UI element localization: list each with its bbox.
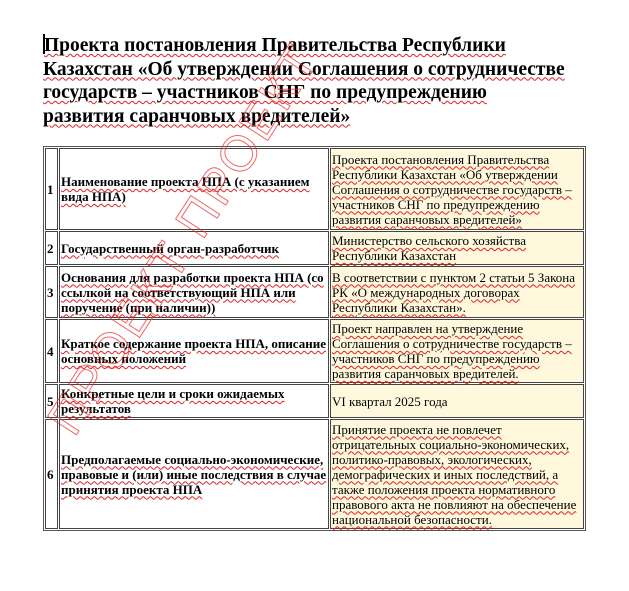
row-label[interactable]: Государственный орган-разработчик: [59, 231, 329, 265]
row-label[interactable]: Предполагаемые социально-экономические, …: [59, 419, 329, 529]
row-number: 3: [45, 266, 58, 318]
row-label[interactable]: Конкретные цели и сроки ожидаемых резуль…: [59, 384, 329, 418]
row-label-text: Государственный орган-разработчик: [61, 241, 279, 256]
row-label-text: Предполагаемые социально-экономические, …: [61, 452, 326, 497]
table-row: 4 Краткое содержание проекта НПА, описан…: [45, 319, 584, 383]
row-value[interactable]: В соответствии с пунктом 2 статьи 5 Зако…: [330, 266, 584, 318]
row-value-text: В соответствии с пунктом 2 статьи 5 Зако…: [332, 270, 575, 315]
row-label[interactable]: Наименование проекта НПА (с указанием ви…: [59, 148, 329, 230]
row-number: 2: [45, 231, 58, 265]
table-row: 3 Основания для разработки проекта НПА (…: [45, 266, 584, 318]
row-label-text: Конкретные цели и сроки ожидаемых резуль…: [61, 386, 285, 416]
row-value-text: Министерство сельского хозяйства Республ…: [332, 233, 526, 263]
row-number: 1: [45, 148, 58, 230]
row-value-text: VI квартал 2025 года: [332, 394, 448, 409]
row-value[interactable]: Проект направлен на утверждение Соглашен…: [330, 319, 584, 383]
row-value[interactable]: Принятие проекта не повлечет отрицательн…: [330, 419, 584, 529]
row-label-text: Наименование проекта НПА (с указанием ви…: [61, 174, 310, 204]
npa-info-table: 1 Наименование проекта НПА (с указанием …: [43, 146, 586, 531]
row-label[interactable]: Основания для разработки проекта НПА (со…: [59, 266, 329, 318]
table-row: 2 Государственный орган-разработчик Мини…: [45, 231, 584, 265]
row-label[interactable]: Краткое содержание проекта НПА, описание…: [59, 319, 329, 383]
row-value[interactable]: VI квартал 2025 года: [330, 384, 584, 418]
row-value-text: Проект направлен на утверждение Соглашен…: [332, 321, 572, 381]
row-value[interactable]: Проекта постановления Правительства Респ…: [330, 148, 584, 230]
table-row: 5 Конкретные цели и сроки ожидаемых резу…: [45, 384, 584, 418]
row-label-text: Краткое содержание проекта НПА, описание…: [61, 336, 326, 366]
row-value[interactable]: Министерство сельского хозяйства Республ…: [330, 231, 584, 265]
table-row: 1 Наименование проекта НПА (с указанием …: [45, 148, 584, 230]
row-value-text: Проекта постановления Правительства Респ…: [332, 152, 572, 227]
row-number: 5: [45, 384, 58, 418]
row-number: 4: [45, 319, 58, 383]
table-row: 6 Предполагаемые социально-экономические…: [45, 419, 584, 529]
row-value-text: Принятие проекта не повлечет отрицательн…: [332, 422, 576, 527]
row-label-text: Основания для разработки проекта НПА (со…: [61, 270, 324, 315]
row-number: 6: [45, 419, 58, 529]
document-title[interactable]: Проекта постановления Правительства Респ…: [43, 34, 573, 128]
document-title-text: Проекта постановления Правительства Респ…: [43, 35, 565, 127]
